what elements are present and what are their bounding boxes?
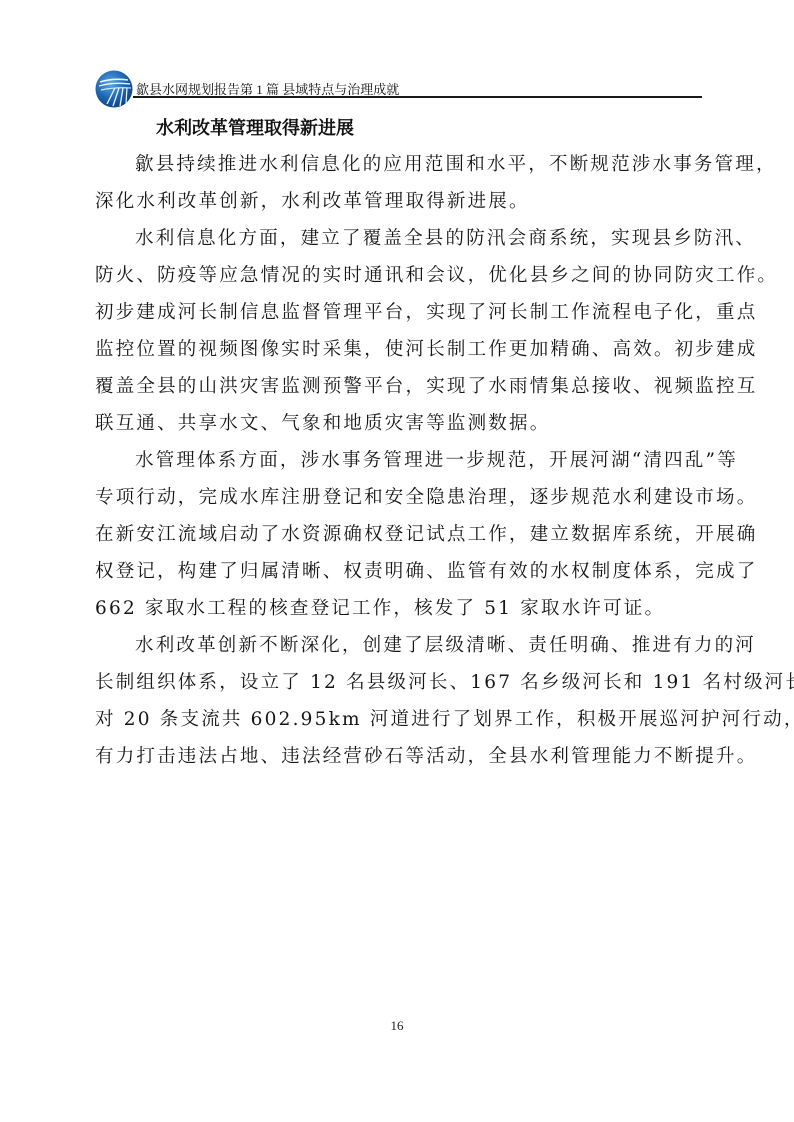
text-line: 权登记，构建了归属清晰、权责明确、监管有效的水权制度体系，完成了	[95, 553, 705, 590]
text-line: 深化水利改革创新，水利改革管理取得新进展。	[95, 183, 705, 220]
body-text: 歙县持续推进水利信息化的应用范围和水平，不断规范涉水事务管理， 深化水利改革创新…	[95, 146, 705, 775]
text-line: 歙县持续推进水利信息化的应用范围和水平，不断规范涉水事务管理，	[95, 146, 705, 183]
paragraph-4: 水利改革创新不断深化，创建了层级清晰、责任明确、推进有力的河 长制组织体系，设立…	[95, 627, 705, 775]
text-line: 在新安江流域启动了水资源确权登记试点工作，建立数据库系统，开展确	[95, 516, 705, 553]
text-line: 覆盖全县的山洪灾害监测预警平台，实现了水雨情集总接收、视频监控互	[95, 368, 705, 405]
text-line: 水利改革创新不断深化，创建了层级清晰、责任明确、推进有力的河	[95, 627, 705, 664]
paragraph-3: 水管理体系方面，涉水事务管理进一步规范，开展河湖“清四乱”等 专项行动，完成水库…	[95, 442, 705, 627]
text-line: 有力打击违法占地、违法经营砂石等活动，全县水利管理能力不断提升。	[95, 738, 705, 775]
text-line: 水利信息化方面，建立了覆盖全县的防汛会商系统，实现县乡防汛、	[95, 220, 705, 257]
header-divider	[133, 96, 702, 98]
section-title: 水利改革管理取得新进展	[156, 114, 354, 140]
text-line: 联互通、共享水文、气象和地质灾害等监测数据。	[95, 405, 705, 442]
text-line: 防火、防疫等应急情况的实时通讯和会议，优化县乡之间的协同防灾工作。	[95, 257, 705, 294]
text-line: 662 家取水工程的核查登记工作，核发了 51 家取水许可证。	[95, 590, 705, 627]
page-header: 歙县水网规划报告第 1 篇 县域特点与治理成就	[95, 68, 702, 110]
paragraph-1: 歙县持续推进水利信息化的应用范围和水平，不断规范涉水事务管理， 深化水利改革创新…	[95, 146, 705, 220]
text-line: 初步建成河长制信息监督管理平台，实现了河长制工作流程电子化，重点	[95, 294, 705, 331]
page-number: 16	[0, 1018, 794, 1034]
paragraph-2: 水利信息化方面，建立了覆盖全县的防汛会商系统，实现县乡防汛、 防火、防疫等应急情…	[95, 220, 705, 442]
text-line: 长制组织体系，设立了 12 名县级河长、167 名乡级河长和 191 名村级河长…	[95, 664, 705, 701]
text-line: 监控位置的视频图像实时采集，使河长制工作更加精确、高效。初步建成	[95, 331, 705, 368]
text-line: 对 20 条支流共 602.95km 河道进行了划界工作，积极开展巡河护河行动，	[95, 701, 705, 738]
text-line: 水管理体系方面，涉水事务管理进一步规范，开展河湖“清四乱”等	[95, 442, 705, 479]
water-network-logo-icon	[95, 70, 133, 108]
text-line: 专项行动，完成水库注册登记和安全隐患治理，逐步规范水利建设市场。	[95, 479, 705, 516]
